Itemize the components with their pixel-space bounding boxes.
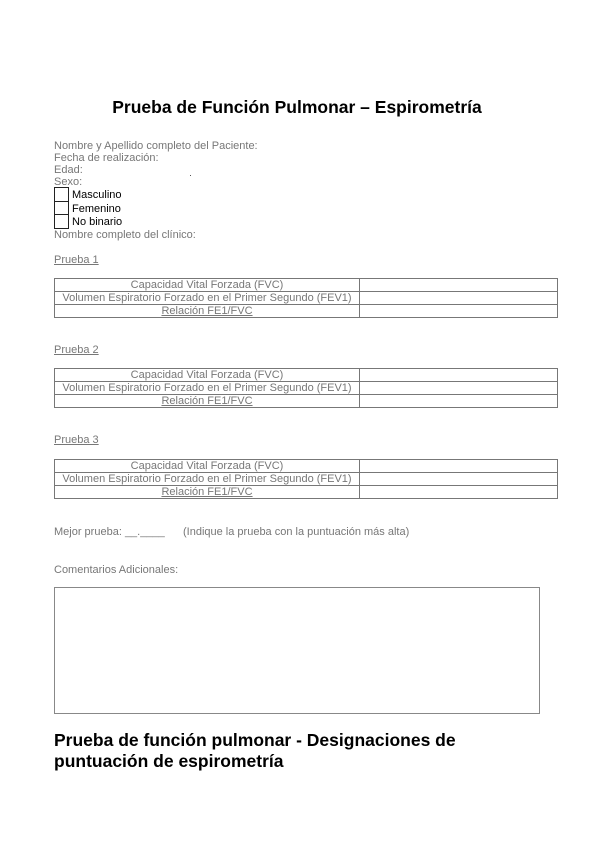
table-row: Volumen Espiratorio Forzado en el Primer… [55,382,558,395]
checkbox-nonbinary[interactable] [54,214,69,229]
comments-textarea[interactable] [54,587,540,714]
table-row: Capacidad Vital Forzada (FVC) [55,279,558,292]
patient-name-label: Nombre y Apellido completo del Paciente: [54,140,258,152]
best-test-label: Mejor prueba: [54,526,122,538]
table-row: Relación FE1/FVC [55,486,558,499]
test-date-label: Fecha de realización: [54,152,159,164]
fev1-value-cell[interactable] [360,382,558,395]
sex-option-label: No binario [72,216,122,228]
page-title: Prueba de Función Pulmonar – Espirometrí… [0,97,594,118]
test-2-table: Capacidad Vital Forzada (FVC) Volumen Es… [54,368,558,408]
row-label: Relación FE1/FVC [161,305,252,317]
table-row: Volumen Espiratorio Forzado en el Primer… [55,292,558,305]
ratio-value-cell[interactable] [360,305,558,318]
table-row: Capacidad Vital Forzada (FVC) [55,460,558,473]
fvc-value-cell[interactable] [360,369,558,382]
ratio-value-cell[interactable] [360,486,558,499]
sex-option-label: Femenino [72,203,121,215]
test-1-heading: Prueba 1 [54,254,99,266]
test-2-heading: Prueba 2 [54,344,99,356]
test-3-heading: Prueba 3 [54,434,99,446]
row-label: Capacidad Vital Forzada (FVC) [55,460,360,473]
ratio-value-cell[interactable] [360,395,558,408]
fvc-value-cell[interactable] [360,279,558,292]
row-label: Relación FE1/FVC [161,395,252,407]
test-3-table: Capacidad Vital Forzada (FVC) Volumen Es… [54,459,558,499]
section-2-title: Prueba de función pulmonar - Designacion… [54,730,524,772]
age-label: Edad: [54,164,83,176]
row-label: Capacidad Vital Forzada (FVC) [55,369,360,382]
best-test-line: Mejor prueba: __.____ [54,526,165,538]
checkbox-male[interactable] [54,187,69,202]
best-test-hint: (Indique la prueba con la puntuación más… [183,526,409,538]
fvc-value-cell[interactable] [360,460,558,473]
stray-mark [190,175,191,176]
row-label: Relación FE1/FVC [161,486,252,498]
table-row: Capacidad Vital Forzada (FVC) [55,369,558,382]
table-row: Relación FE1/FVC [55,305,558,318]
sex-option-male[interactable]: Masculino [54,187,122,202]
row-label: Volumen Espiratorio Forzado en el Primer… [55,292,360,305]
sex-option-label: Masculino [72,189,122,201]
table-row: Relación FE1/FVC [55,395,558,408]
table-row: Volumen Espiratorio Forzado en el Primer… [55,473,558,486]
test-1-table: Capacidad Vital Forzada (FVC) Volumen Es… [54,278,558,318]
row-label: Volumen Espiratorio Forzado en el Primer… [55,382,360,395]
sex-option-nonbinary[interactable]: No binario [54,214,122,229]
clinician-label: Nombre completo del clínico: [54,229,196,241]
best-test-field[interactable]: __.____ [125,526,165,538]
fev1-value-cell[interactable] [360,292,558,305]
row-label: Volumen Espiratorio Forzado en el Primer… [55,473,360,486]
fev1-value-cell[interactable] [360,473,558,486]
comments-label: Comentarios Adicionales: [54,564,178,576]
row-label: Capacidad Vital Forzada (FVC) [55,279,360,292]
